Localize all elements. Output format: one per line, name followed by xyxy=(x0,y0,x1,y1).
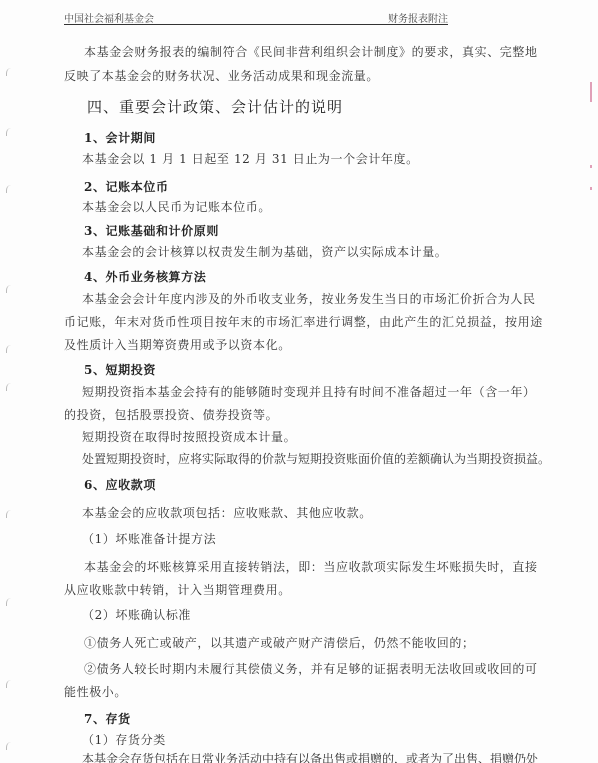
item-short-invest-line-1: 短期投资指本基金会持有的能够随时变现并且持有时间不准备超过一年（含一年） xyxy=(82,383,536,400)
item-short-invest-line-4: 处置短期投资时，应将实际取得的价款与短期投资账面价值的差额确认为当期投资损益。 xyxy=(82,450,550,467)
item-receivables-sub1-line-2: 从应收账款中转销，计入当期管理费用。 xyxy=(64,581,291,598)
item-receivables-sub1-title: （1）坏账准备计提方法 xyxy=(82,530,216,547)
item-receivables-sub2-title: （2）坏账确认标准 xyxy=(82,606,191,623)
intro-line-1: 本基金会财务报表的编制符合《民间非营利组织会计制度》的要求，真实、完整地 xyxy=(84,43,538,60)
item-receivables-sub2-line-1: ①债务人死亡或破产，以其遗产或破产财产清偿后，仍然不能收回的； xyxy=(84,634,475,651)
section-title: 四、重要会计政策、会计估计的说明 xyxy=(87,96,343,117)
scan-mark xyxy=(6,598,11,606)
scan-mark xyxy=(6,742,11,750)
scan-mark xyxy=(6,680,11,688)
item-period-title: 1、会计期间 xyxy=(84,129,156,146)
item-receivables-text: 本基金会的应收款项包括：应收账款、其他应收款。 xyxy=(82,504,372,521)
item-forex-line-1: 本基金会会计年度内涉及的外币收支业务，按业务发生当日的市场汇价折合为人民 xyxy=(82,290,536,307)
scan-mark xyxy=(6,68,11,76)
header-section: 财务报表附注 xyxy=(388,10,448,25)
item-currency-title: 2、记账本位币 xyxy=(84,178,169,195)
scan-mark xyxy=(590,187,592,190)
scan-mark xyxy=(6,285,11,293)
item-receivables-sub2-line-2: ②债务人较长时期内未履行其偿债义务，并有足够的证据表明无法收回或收回的可 xyxy=(84,660,538,677)
scan-mark xyxy=(6,510,11,518)
scan-mark xyxy=(590,165,592,168)
item-basis-text: 本基金会的会计核算以权责发生制为基础，资产以实际成本计量。 xyxy=(82,243,447,260)
item-receivables-title: 6、应收款项 xyxy=(84,476,156,493)
header-org-name: 中国社会福利基金会 xyxy=(64,10,154,25)
item-forex-line-3: 及性质计入当期筹资费用或予以资本化。 xyxy=(64,336,291,353)
item-short-invest-title: 5、短期投资 xyxy=(84,361,156,378)
item-forex-title: 4、外币业务核算方法 xyxy=(84,268,206,285)
item-short-invest-line-3: 短期投资在取得时按照投资成本计量。 xyxy=(82,428,296,445)
scan-mark xyxy=(590,82,592,102)
scan-mark xyxy=(6,128,11,136)
document-page: 中国社会福利基金会 财务报表附注 本基金会财务报表的编制符合《民间非营利组织会计… xyxy=(0,0,598,763)
item-receivables-sub2-line-3: 能性极小。 xyxy=(64,683,127,700)
scan-mark xyxy=(6,345,11,353)
item-basis-title: 3、记账基础和计价原则 xyxy=(84,222,219,239)
page-header: 中国社会福利基金会 财务报表附注 xyxy=(64,8,448,25)
item-inventory-title: 7、存货 xyxy=(84,710,131,727)
intro-line-2: 反映了本基金会的财务状况、业务活动成果和现金流量。 xyxy=(64,67,379,84)
item-period-text: 本基金会以 1 月 1 日起至 12 月 31 日止为一个会计年度。 xyxy=(82,150,419,167)
item-inventory-text: 本基金会存货包括在日常业务活动中持有以备出售或捐赠的，或者为了出售、捐赠仍处 xyxy=(82,750,538,763)
item-receivables-sub1-line-1: 本基金会的坏账核算采用直接转销法，即：当应收款项实际发生坏账损失时，直接 xyxy=(84,558,538,575)
item-currency-text: 本基金会以人民币为记账本位币。 xyxy=(82,198,271,215)
scan-mark xyxy=(6,383,11,391)
item-inventory-sub1-title: （1）存货分类 xyxy=(82,731,166,748)
scan-mark xyxy=(6,185,11,193)
item-forex-line-2: 币记账，年末对货币性项目按年末的市场汇率进行调整，由此产生的汇兑损益，按用途 xyxy=(64,313,543,330)
item-short-invest-line-2: 的投资，包括股票投资、债券投资等。 xyxy=(64,406,278,423)
